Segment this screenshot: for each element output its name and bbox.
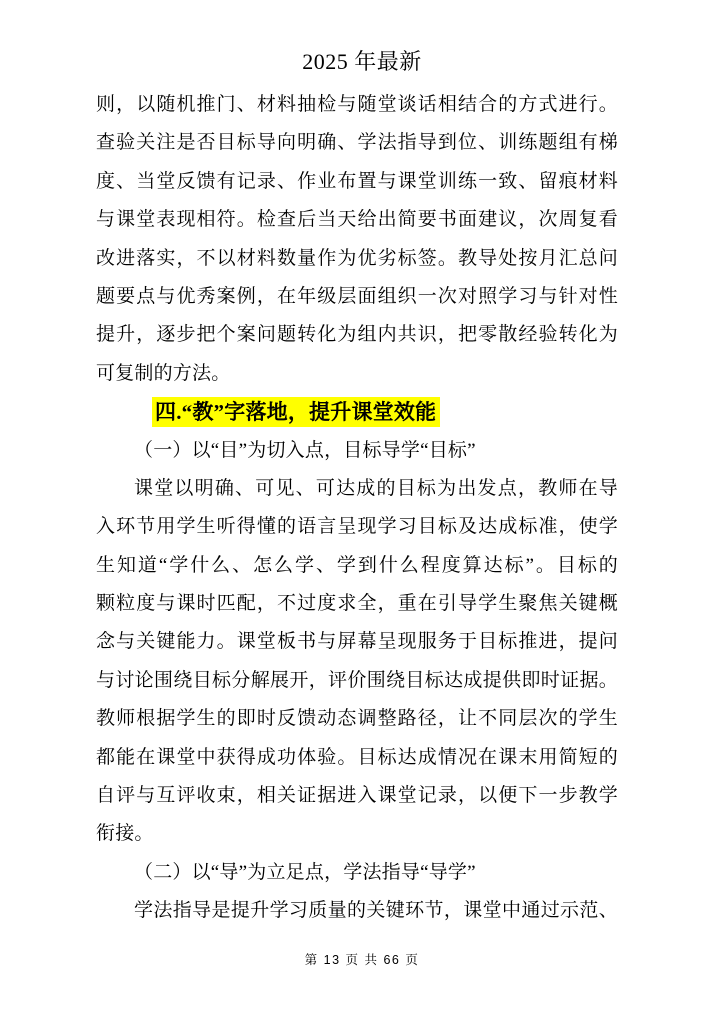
paragraph-line: 教师根据学生的即时反馈动态调整路径，让不同层次的学生 (96, 700, 618, 738)
paragraph-line: 课堂以明确、可见、可达成的目标为出发点，教师在导 (96, 470, 618, 508)
paragraph-line: 入环节用学生听得懂的语言呈现学习目标及达成标准，使学 (96, 508, 618, 546)
paragraph-line: 查验关注是否目标导向明确、学法指导到位、训练题组有梯 (96, 124, 618, 162)
paragraph-line: 衔接。 (96, 815, 618, 853)
paragraph-line: 颗粒度与课时匹配，不过度求全，重在引导学生聚焦关键概 (96, 585, 618, 623)
page-number-footer: 第 13 页 共 66 页 (0, 950, 724, 968)
section-heading-highlighted: 四.“教”字落地，提升课堂效能 (152, 397, 440, 427)
paragraph-line: 学法指导是提升学习质量的关键环节，课堂中通过示范、 (96, 892, 618, 930)
paragraph-line: 可复制的方法。 (96, 355, 618, 393)
paragraph-line: 念与关键能力。课堂板书与屏幕呈现服务于目标推进，提问 (96, 623, 618, 661)
paragraph-line: 改进落实，不以材料数量作为优劣标签。教导处按月汇总问 (96, 240, 618, 278)
paragraph-line: 题要点与优秀案例，在年级层面组织一次对照学习与针对性 (96, 278, 618, 316)
subsection-heading-1: （一）以“目”为切入点，目标导学“目标” (96, 432, 618, 470)
paragraph-line: 都能在课堂中获得成功体验。目标达成情况在课末用简短的 (96, 739, 618, 777)
paragraph-line: 自评与互评收束，相关证据进入课堂记录，以便下一步教学 (96, 777, 618, 815)
document-body: 则，以随机推门、材料抽检与随堂谈话相结合的方式进行。 查验关注是否目标导向明确、… (96, 86, 618, 931)
paragraph-line: 度、当堂反馈有记录、作业布置与课堂训练一致、留痕材料 (96, 163, 618, 201)
paragraph-line: 则，以随机推门、材料抽检与随堂谈话相结合的方式进行。 (96, 86, 618, 124)
paragraph-line: 生知道“学什么、怎么学、学到什么程度算达标”。目标的 (96, 547, 618, 585)
section-heading-line: 四.“教”字落地，提升课堂效能 (96, 393, 618, 431)
paragraph-line: 与讨论围绕目标分解展开，评价围绕目标达成提供即时证据。 (96, 662, 618, 700)
subsection-heading-2: （二）以“导”为立足点，学法指导“导学” (96, 854, 618, 892)
document-title: 2025 年最新 (0, 46, 724, 78)
paragraph-line: 与课堂表现相符。检查后当天给出简要书面建议，次周复看 (96, 201, 618, 239)
paragraph-line: 提升，逐步把个案问题转化为组内共识，把零散经验转化为 (96, 316, 618, 354)
